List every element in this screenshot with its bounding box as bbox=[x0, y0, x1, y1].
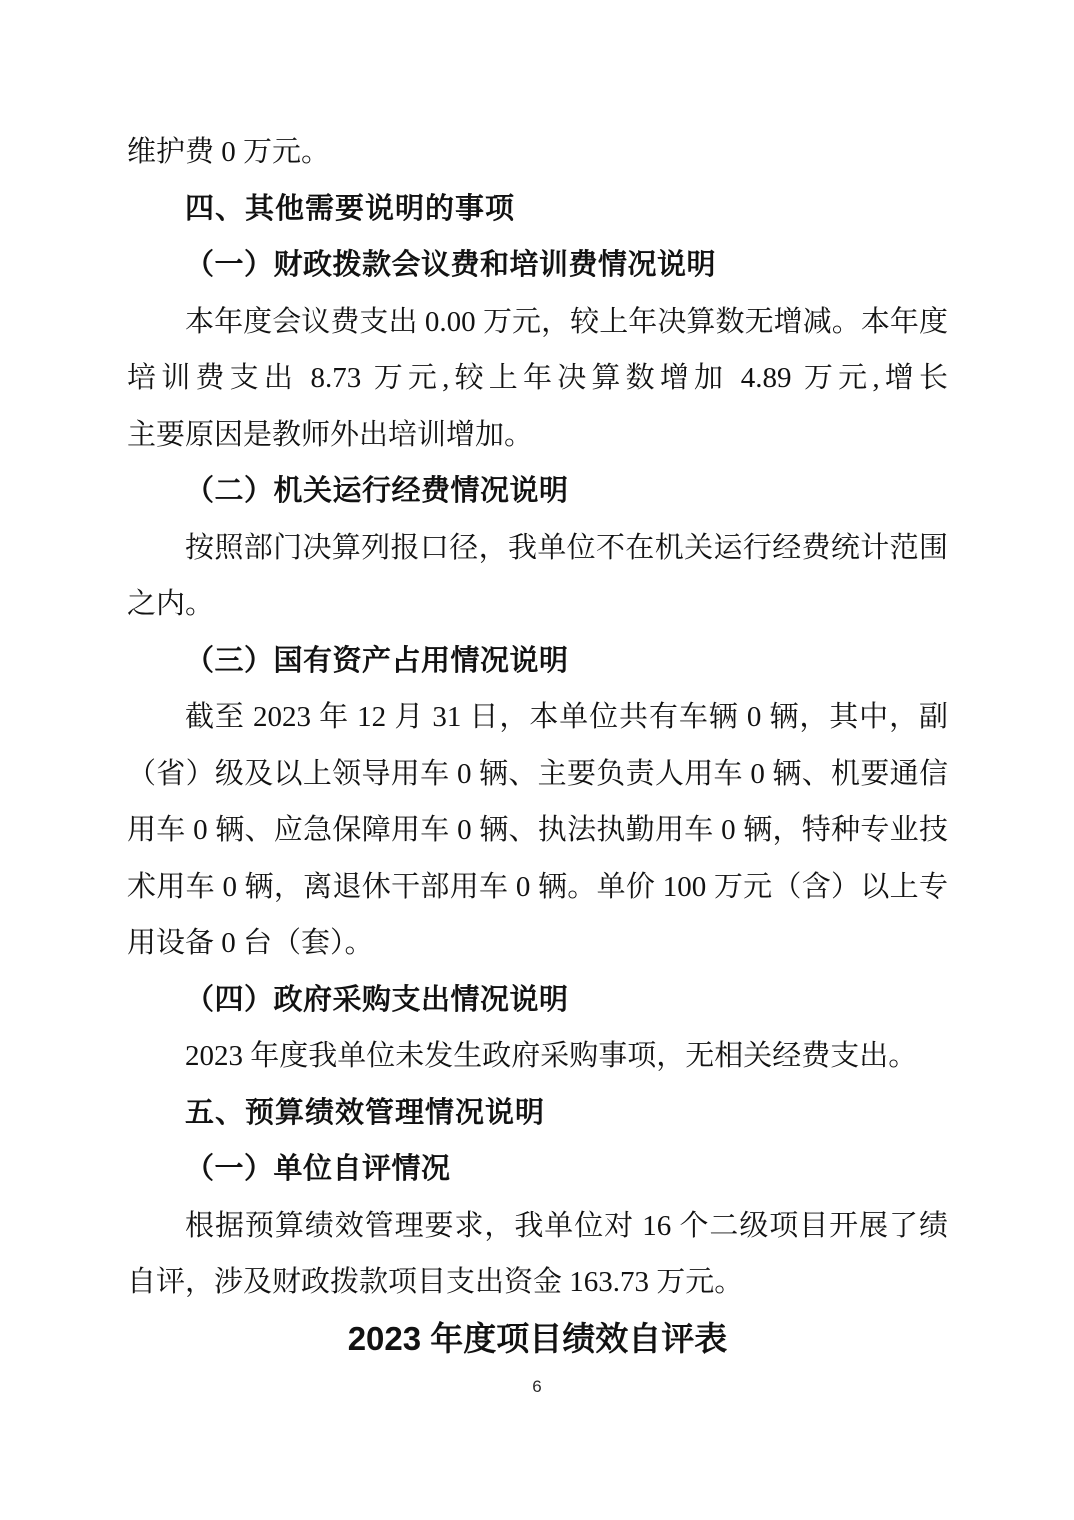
document-page: 维护费 0 万元。四、其他需要说明的事项（一）财政拨款会议费和培训费情况说明本年… bbox=[0, 0, 1074, 1520]
body-line: 之内。 bbox=[127, 576, 948, 633]
subsection-heading: （一）单位自评情况 bbox=[127, 1141, 948, 1198]
subsection-heading: （一）财政拨款会议费和培训费情况说明 bbox=[127, 237, 948, 294]
body-line: 本年度会议费支出 0.00 万元，较上年决算数无增减。本年度 bbox=[127, 294, 948, 351]
body-line: 培训费支出 8.73 万元,较上年决算数增加 4.89 万元,增长 127.34… bbox=[127, 350, 948, 407]
document-body: 维护费 0 万元。四、其他需要说明的事项（一）财政拨款会议费和培训费情况说明本年… bbox=[127, 124, 948, 1367]
body-line: 维护费 0 万元。 bbox=[127, 124, 948, 181]
subsection-heading: （二）机关运行经费情况说明 bbox=[127, 463, 948, 520]
body-line: 根据预算绩效管理要求，我单位对 16 个二级项目开展了绩效 bbox=[127, 1198, 948, 1255]
subsection-heading: （四）政府采购支出情况说明 bbox=[127, 972, 948, 1029]
body-line: 自评，涉及财政拨款项目支出资金 163.73 万元。 bbox=[127, 1254, 948, 1311]
page-number: 6 bbox=[532, 1377, 541, 1396]
table-title: 2023 年度项目绩效自评表 bbox=[127, 1311, 948, 1368]
body-line: 用车 0 辆、应急保障用车 0 辆、执法执勤用车 0 辆，特种专业技 bbox=[127, 802, 948, 859]
section-heading: 五、预算绩效管理情况说明 bbox=[127, 1085, 948, 1142]
body-line: 截至 2023 年 12 月 31 日，本单位共有车辆 0 辆，其中，副部 bbox=[127, 689, 948, 746]
body-line: 术用车 0 辆，离退休干部用车 0 辆。单价 100 万元（含）以上专 bbox=[127, 859, 948, 916]
body-line: 主要原因是教师外出培训增加。 bbox=[127, 407, 948, 464]
section-heading: 四、其他需要说明的事项 bbox=[127, 181, 948, 238]
body-line: 2023 年度我单位未发生政府采购事项，无相关经费支出。 bbox=[127, 1028, 948, 1085]
body-line: （省）级及以上领导用车 0 辆、主要负责人用车 0 辆、机要通信 bbox=[127, 746, 948, 803]
subsection-heading: （三）国有资产占用情况说明 bbox=[127, 633, 948, 690]
page-footer: 6 bbox=[0, 1372, 1074, 1402]
body-line: 用设备 0 台（套）。 bbox=[127, 915, 948, 972]
body-line: 按照部门决算列报口径，我单位不在机关运行经费统计范围 bbox=[127, 520, 948, 577]
